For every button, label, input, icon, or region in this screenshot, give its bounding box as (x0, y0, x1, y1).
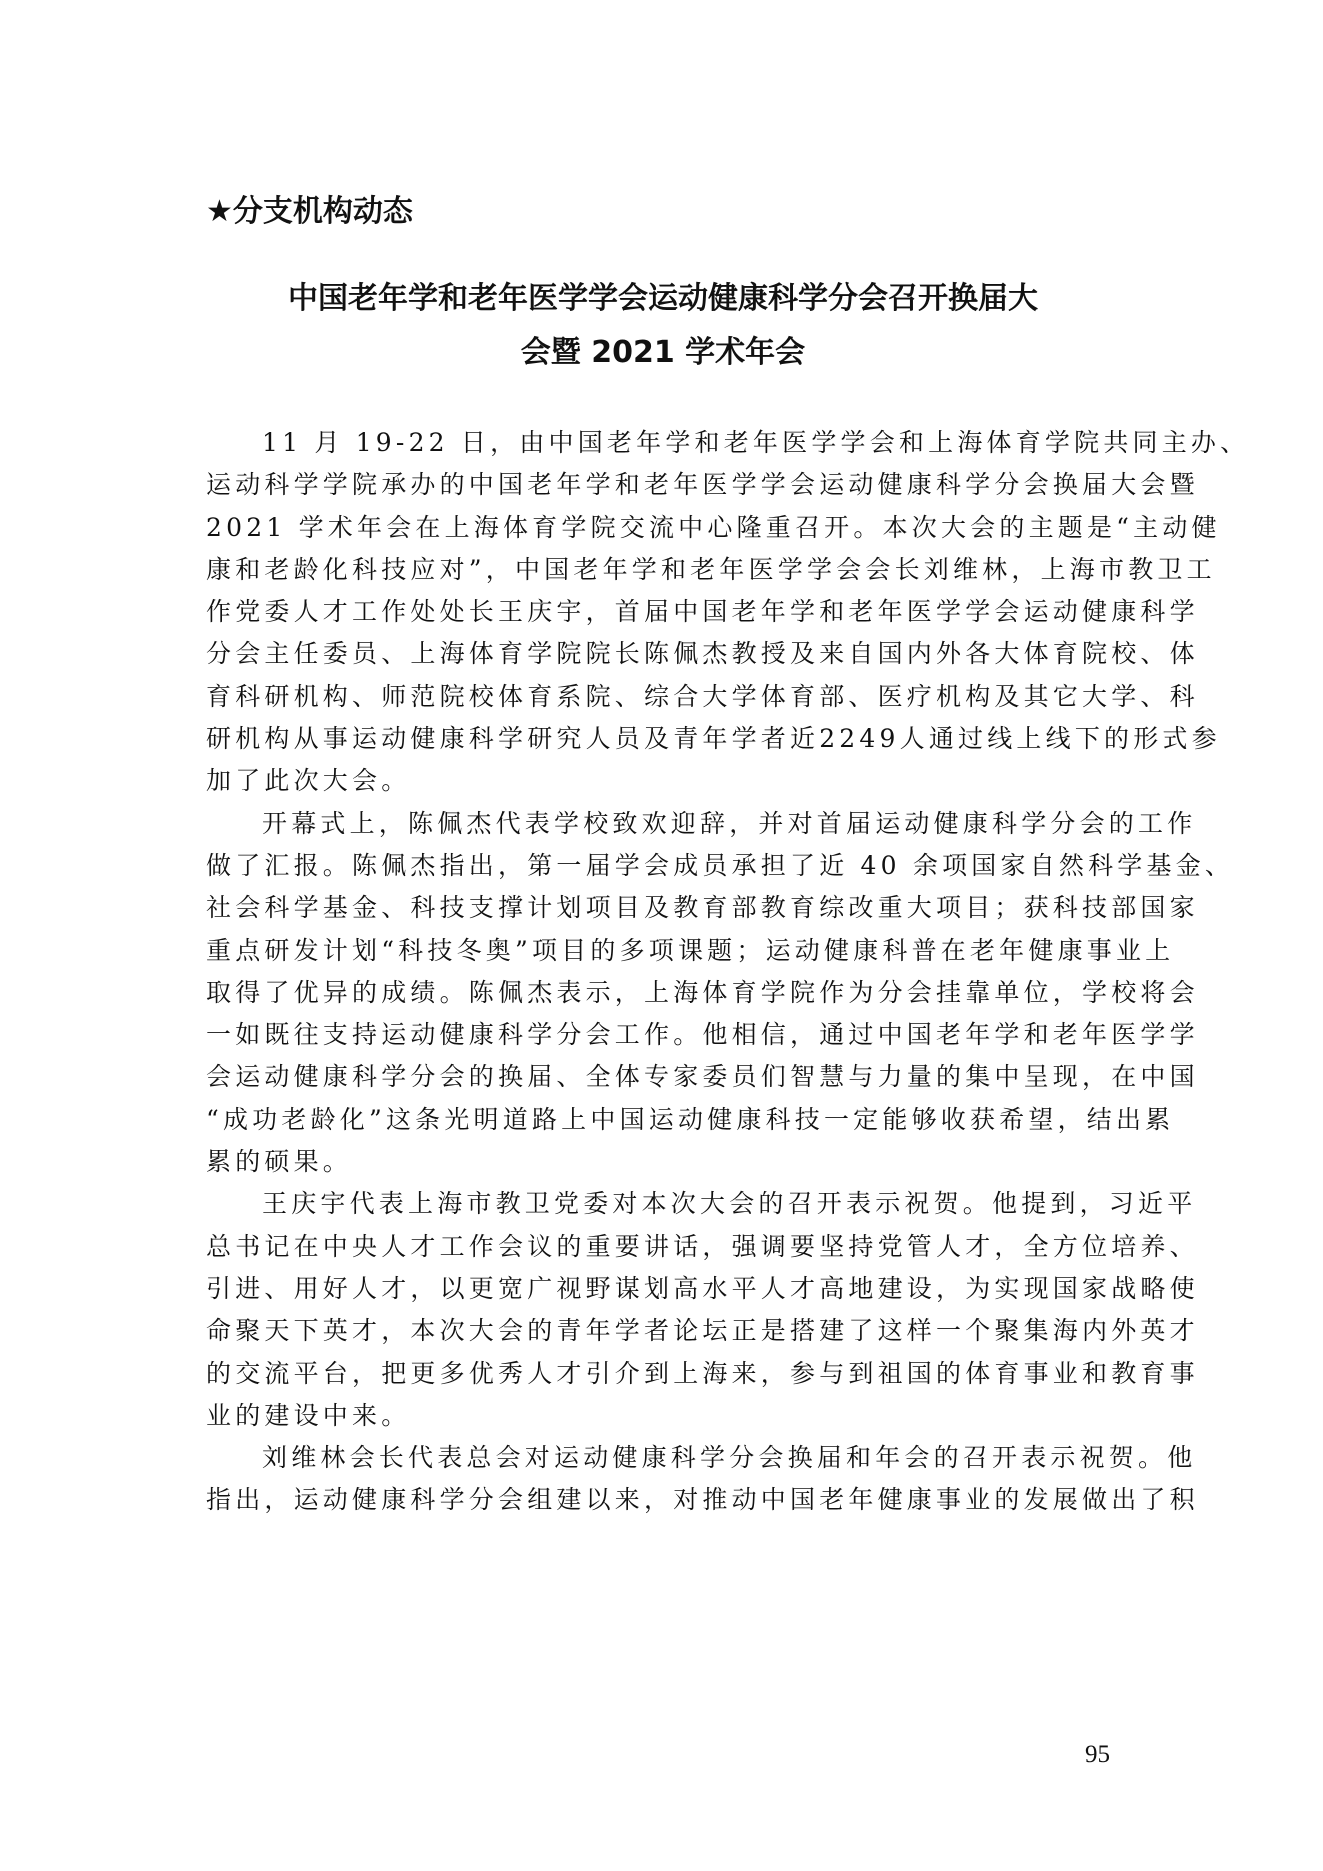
body-text-line: 命聚天下英才，本次大会的青年学者论坛正是搭建了这样一个聚集海内外英才 (206, 1310, 1136, 1352)
body-text-line: 指出，运动健康科学分会组建以来，对推动中国老年健康事业的发展做出了积 (206, 1479, 1136, 1521)
article-title: 中国老年学和老年医学学会运动健康科学分会召开换届大 会暨 2021 学术年会 (206, 272, 1120, 380)
body-text-line: 取得了优异的成绩。陈佩杰表示，上海体育学院作为分会挂靠单位，学校将会 (206, 972, 1136, 1014)
body-text-line: 的交流平台，把更多优秀人才引介到上海来，参与到祖国的体育事业和教育事 (206, 1353, 1136, 1395)
body-text-line: “成功老龄化”这条光明道路上中国运动健康科技一定能够收获希望，结出累 (206, 1099, 1136, 1141)
body-text-line: 社会科学基金、科技支撑计划项目及教育部教育综改重大项目；获科技部国家 (206, 887, 1136, 929)
paragraph-first-line: 刘维林会长代表总会对运动健康科学分会换届和年会的召开表示祝贺。他 (206, 1437, 1136, 1479)
section-header: ★分支机构动态 (206, 192, 413, 232)
article-title-line-2: 会暨 2021 学术年会 (206, 326, 1120, 380)
body-text-line: 重点研发计划“科技冬奥”项目的多项课题；运动健康科普在老年健康事业上 (206, 930, 1136, 972)
paragraph-first-line: 11 月 19-22 日，由中国老年学和老年医学学会和上海体育学院共同主办、 (206, 422, 1136, 464)
body-text-line: 业的建设中来。 (206, 1395, 1136, 1437)
paragraph-first-line: 开幕式上，陈佩杰代表学校致欢迎辞，并对首届运动健康科学分会的工作 (206, 803, 1136, 845)
body-text-line: 做了汇报。陈佩杰指出，第一届学会成员承担了近 40 余项国家自然科学基金、 (206, 845, 1136, 887)
body-text-line: 引进、用好人才，以更宽广视野谋划高水平人才高地建设，为实现国家战略使 (206, 1268, 1136, 1310)
article-body: 11 月 19-22 日，由中国老年学和老年医学学会和上海体育学院共同主办、运动… (206, 422, 1136, 1522)
body-text-line: 康和老龄化科技应对”，中国老年学和老年医学学会会长刘维林，上海市教卫工 (206, 549, 1136, 591)
body-text-line: 加了此次大会。 (206, 760, 1136, 802)
paragraph-first-line: 王庆宇代表上海市教卫党委对本次大会的召开表示祝贺。他提到，习近平 (206, 1183, 1136, 1225)
page-number: 95 (1085, 1740, 1110, 1770)
body-text-line: 2021 学术年会在上海体育学院交流中心隆重召开。本次大会的主题是“主动健 (206, 507, 1136, 549)
body-text-line: 育科研机构、师范院校体育系院、综合大学体育部、医疗机构及其它大学、科 (206, 676, 1136, 718)
body-text-line: 研机构从事运动健康科学研究人员及青年学者近2249人通过线上线下的形式参 (206, 718, 1136, 760)
body-text-line: 会运动健康科学分会的换届、全体专家委员们智慧与力量的集中呈现，在中国 (206, 1056, 1136, 1098)
body-text-line: 一如既往支持运动健康科学分会工作。他相信，通过中国老年学和老年医学学 (206, 1014, 1136, 1056)
document-page: ★分支机构动态 中国老年学和老年医学学会运动健康科学分会召开换届大 会暨 202… (0, 0, 1323, 1871)
article-title-line-1: 中国老年学和老年医学学会运动健康科学分会召开换届大 (206, 272, 1120, 326)
body-text-line: 分会主任委员、上海体育学院院长陈佩杰教授及来自国内外各大体育院校、体 (206, 633, 1136, 675)
body-text-line: 总书记在中央人才工作会议的重要讲话，强调要坚持党管人才，全方位培养、 (206, 1226, 1136, 1268)
body-text-line: 运动科学学院承办的中国老年学和老年医学学会运动健康科学分会换届大会暨 (206, 464, 1136, 506)
body-text-line: 作党委人才工作处处长王庆宇，首届中国老年学和老年医学学会运动健康科学 (206, 591, 1136, 633)
body-text-line: 累的硕果。 (206, 1141, 1136, 1183)
